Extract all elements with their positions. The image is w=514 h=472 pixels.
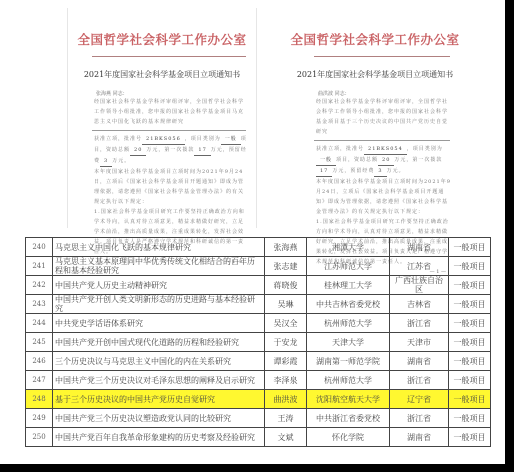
project-type: 一般项目 bbox=[449, 428, 491, 447]
project-type: 一般项目 bbox=[449, 390, 491, 409]
row-number: 248 bbox=[26, 390, 53, 409]
province: 天津市 bbox=[390, 333, 449, 352]
row-number: 243 bbox=[26, 295, 53, 314]
institution: 杭州师范大学 bbox=[307, 314, 390, 333]
province: 湖南省 bbox=[390, 238, 449, 257]
project-title: 基于三个历史决议的中国共产党历史自觉研究 bbox=[53, 390, 265, 409]
black-border-right bbox=[505, 0, 514, 472]
institution: 杭州师范大学 bbox=[307, 371, 390, 390]
province: 广西壮族自治区 bbox=[390, 276, 449, 295]
province: 江苏省 bbox=[390, 257, 449, 276]
table-row: 242中国共产党人历史主动精神研究蒋晓俊桂林理工大学广西壮族自治区一般项目 bbox=[26, 276, 491, 295]
project-type: 一般项目 bbox=[449, 409, 491, 428]
row-number: 242 bbox=[26, 276, 53, 295]
province: 辽宁省 bbox=[390, 390, 449, 409]
text: 获准立项，批准号 bbox=[316, 146, 364, 152]
project-type: 一般 bbox=[316, 155, 336, 166]
province: 浙江省 bbox=[390, 314, 449, 333]
institution: 江苏师范大学 bbox=[307, 257, 390, 276]
project-title: 中国共产党三个历史决议对毛泽东思想的阐释及启示研究 bbox=[53, 371, 265, 390]
principal-investigator: 谭彩霞 bbox=[265, 352, 307, 371]
institution: 中共浙江省委党校 bbox=[307, 409, 390, 428]
project-title: 中国共产党三个历史决议塑造政党认同的比较研究 bbox=[53, 409, 265, 428]
province: 浙江省 bbox=[390, 409, 449, 428]
institution: 沈阳航空航天大学 bbox=[307, 390, 390, 409]
notice-title: 2021年度国家社会科学基金项目立项通知书 bbox=[68, 69, 256, 80]
project-title: 中共党史学话语体系研究 bbox=[53, 314, 265, 333]
project-type: 一般项目 bbox=[449, 276, 491, 295]
principal-investigator: 文斌 bbox=[265, 428, 307, 447]
province: 浙江省 bbox=[390, 371, 449, 390]
funding-total: 20 bbox=[378, 155, 394, 166]
project-type: 一般项目 bbox=[449, 314, 491, 333]
project-type: 一般项目 bbox=[449, 257, 491, 276]
paragraph-1: 经国家社会科学基金学科评审组评审，全国哲学社会科学工作领导小组批准，您申报的国家… bbox=[94, 97, 248, 127]
reserve-funding: 3 bbox=[100, 156, 112, 167]
reserve-funding: 3 bbox=[374, 166, 386, 177]
principal-investigator: 蒋晓俊 bbox=[265, 276, 307, 295]
row-number: 246 bbox=[26, 352, 53, 371]
province: 湖南省 bbox=[390, 428, 449, 447]
paragraph-2: 获准立项，批准号21BKS056，项目类别为一般项目，资助总额20万元，第一次拨… bbox=[94, 134, 248, 167]
header-rule bbox=[314, 56, 450, 57]
text: 万元。 bbox=[112, 158, 130, 164]
text: 项目，资助总额 bbox=[336, 157, 378, 163]
text: 获准立项，批准号 bbox=[94, 136, 142, 142]
institution: 湖南第一师范学院 bbox=[307, 352, 390, 371]
principal-investigator: 曲洪波 bbox=[265, 390, 307, 409]
project-title: 中国共产党人历史主动精神研究 bbox=[53, 276, 265, 295]
project-type: 一般项目 bbox=[449, 295, 491, 314]
table-row: 246三个历史决议与马克思主义中国化的内在关系研究谭彩霞湖南第一师范学院湖南省一… bbox=[26, 352, 491, 371]
notice-title: 2021年度国家社会科学基金项目立项通知书 bbox=[290, 69, 460, 80]
principal-investigator: 张志建 bbox=[265, 257, 307, 276]
divider bbox=[92, 130, 246, 131]
project-title: 中国共产党开创中国式现代化道路的历程和经验研究 bbox=[53, 333, 265, 352]
row-number: 247 bbox=[26, 371, 53, 390]
project-type: 一般项目 bbox=[449, 352, 491, 371]
principal-investigator: 张海燕 bbox=[265, 238, 307, 257]
paragraph-2: 获准立项，批准号21BKS054，项目类别为一般项目，资助总额20万元，第一次拨… bbox=[316, 144, 452, 177]
table-row: 243中国共产党开创人类文明新形态的历史进路与基本经验研究吴琳中共吉林省委党校吉… bbox=[26, 295, 491, 314]
text: ，项目类别为 bbox=[185, 136, 221, 142]
institution: 怀化学院 bbox=[307, 428, 390, 447]
row-number: 249 bbox=[26, 409, 53, 428]
paragraph-3: 本年度国家社会科学基金项目立项时间为2021年9月24日，立项后《国家社会科学基… bbox=[94, 167, 248, 207]
approval-letter-right: 全国哲学社会科学工作办公室 2021年度国家社会科学基金项目立项通知书 曲洪波 … bbox=[290, 8, 460, 228]
row-number: 245 bbox=[26, 333, 53, 352]
approval-number: 21BKS056 bbox=[142, 134, 185, 145]
table-row: 248基于三个历史决议的中国共产党历史自觉研究曲洪波沈阳航空航天大学辽宁省一般项… bbox=[26, 390, 491, 409]
project-title: 马克思主义基本原理同中华优秀传统文化相结合的百年历程和基本经验研究 bbox=[53, 257, 265, 276]
principal-investigator: 吴琳 bbox=[265, 295, 307, 314]
row-number: 241 bbox=[26, 257, 53, 276]
principal-investigator: 于安龙 bbox=[265, 333, 307, 352]
principal-investigator: 吴汉全 bbox=[265, 314, 307, 333]
project-title: 马克思主义中国化飞跃的基本规律研究 bbox=[53, 238, 265, 257]
paragraph-3: 本年度国家社会科学基金项目立项时间为2021年9月24日，立项后《国家社会科学基… bbox=[316, 177, 452, 217]
principal-investigator: 李泽泉 bbox=[265, 371, 307, 390]
table-row: 240马克思主义中国化飞跃的基本规律研究张海燕湘潭大学湖南省一般项目 bbox=[26, 238, 491, 257]
project-title: 三个历史决议与马克思主义中国化的内在关系研究 bbox=[53, 352, 265, 371]
salutation: 张海燕 同志： bbox=[96, 90, 256, 97]
approval-letter-left: 全国哲学社会科学工作办公室 2021年度国家社会科学基金项目立项通知书 张海燕 … bbox=[67, 8, 257, 228]
divider bbox=[314, 140, 450, 141]
text: 万元，第一次拨款 bbox=[146, 147, 194, 153]
table-row: 247中国共产党三个历史决议对毛泽东思想的阐释及启示研究李泽泉杭州师范大学浙江省… bbox=[26, 371, 491, 390]
paragraph-1: 经国家社会科学基金学科评审组评审，全国哲学社会科学工作领导小组批准，您申报的国家… bbox=[316, 97, 452, 137]
letterhead: 全国哲学社会科学工作办公室 bbox=[290, 30, 460, 48]
table-row: 241马克思主义基本原理同中华优秀传统文化相结合的百年历程和基本经验研究张志建江… bbox=[26, 257, 491, 276]
project-type: 一般项目 bbox=[449, 238, 491, 257]
row-number: 240 bbox=[26, 238, 53, 257]
project-title: 中国共产党开创人类文明新形态的历史进路与基本经验研究 bbox=[53, 295, 265, 314]
text: 万元，第一次拨款 bbox=[394, 157, 442, 163]
project-title: 中国共产党百年自我革命形象建构的历史考察及经验研究 bbox=[53, 428, 265, 447]
salutation: 曲洪波 同志： bbox=[318, 90, 460, 97]
text: 万元。 bbox=[387, 168, 405, 174]
principal-investigator: 王涛 bbox=[265, 409, 307, 428]
table-row: 244中共党史学话语体系研究吴汉全杭州师范大学浙江省一般项目 bbox=[26, 314, 491, 333]
row-number: 250 bbox=[26, 428, 53, 447]
header-rule bbox=[92, 56, 246, 57]
institution: 湘潭大学 bbox=[307, 238, 390, 257]
table-row: 245中国共产党开创中国式现代化道路的历程和经验研究于安龙天津大学天津市一般项目 bbox=[26, 333, 491, 352]
project-list-table: 240马克思主义中国化飞跃的基本规律研究张海燕湘潭大学湖南省一般项目241马克思… bbox=[25, 237, 491, 447]
text: ，项目类别为 bbox=[407, 146, 443, 152]
project-type: 一般项目 bbox=[449, 371, 491, 390]
first-payment: 17 bbox=[194, 145, 210, 156]
institution: 中共吉林省委党校 bbox=[307, 295, 390, 314]
province: 湖南省 bbox=[390, 352, 449, 371]
funding-total: 20 bbox=[130, 145, 146, 156]
institution: 桂林理工大学 bbox=[307, 276, 390, 295]
letterhead: 全国哲学社会科学工作办公室 bbox=[68, 30, 256, 48]
text: 万元，预留经费 bbox=[332, 168, 374, 174]
institution: 天津大学 bbox=[307, 333, 390, 352]
black-border-bottom bbox=[0, 464, 514, 472]
project-type: 一般项目 bbox=[449, 333, 491, 352]
table-row: 249中国共产党三个历史决议塑造政党认同的比较研究王涛中共浙江省委党校浙江省一般… bbox=[26, 409, 491, 428]
province: 吉林省 bbox=[390, 295, 449, 314]
table-row: 250中国共产党百年自我革命形象建构的历史考察及经验研究文斌怀化学院湖南省一般项… bbox=[26, 428, 491, 447]
row-number: 244 bbox=[26, 314, 53, 333]
approval-number: 21BKS054 bbox=[364, 144, 407, 155]
project-type: 一般 bbox=[221, 134, 241, 145]
first-payment: 17 bbox=[316, 166, 332, 177]
